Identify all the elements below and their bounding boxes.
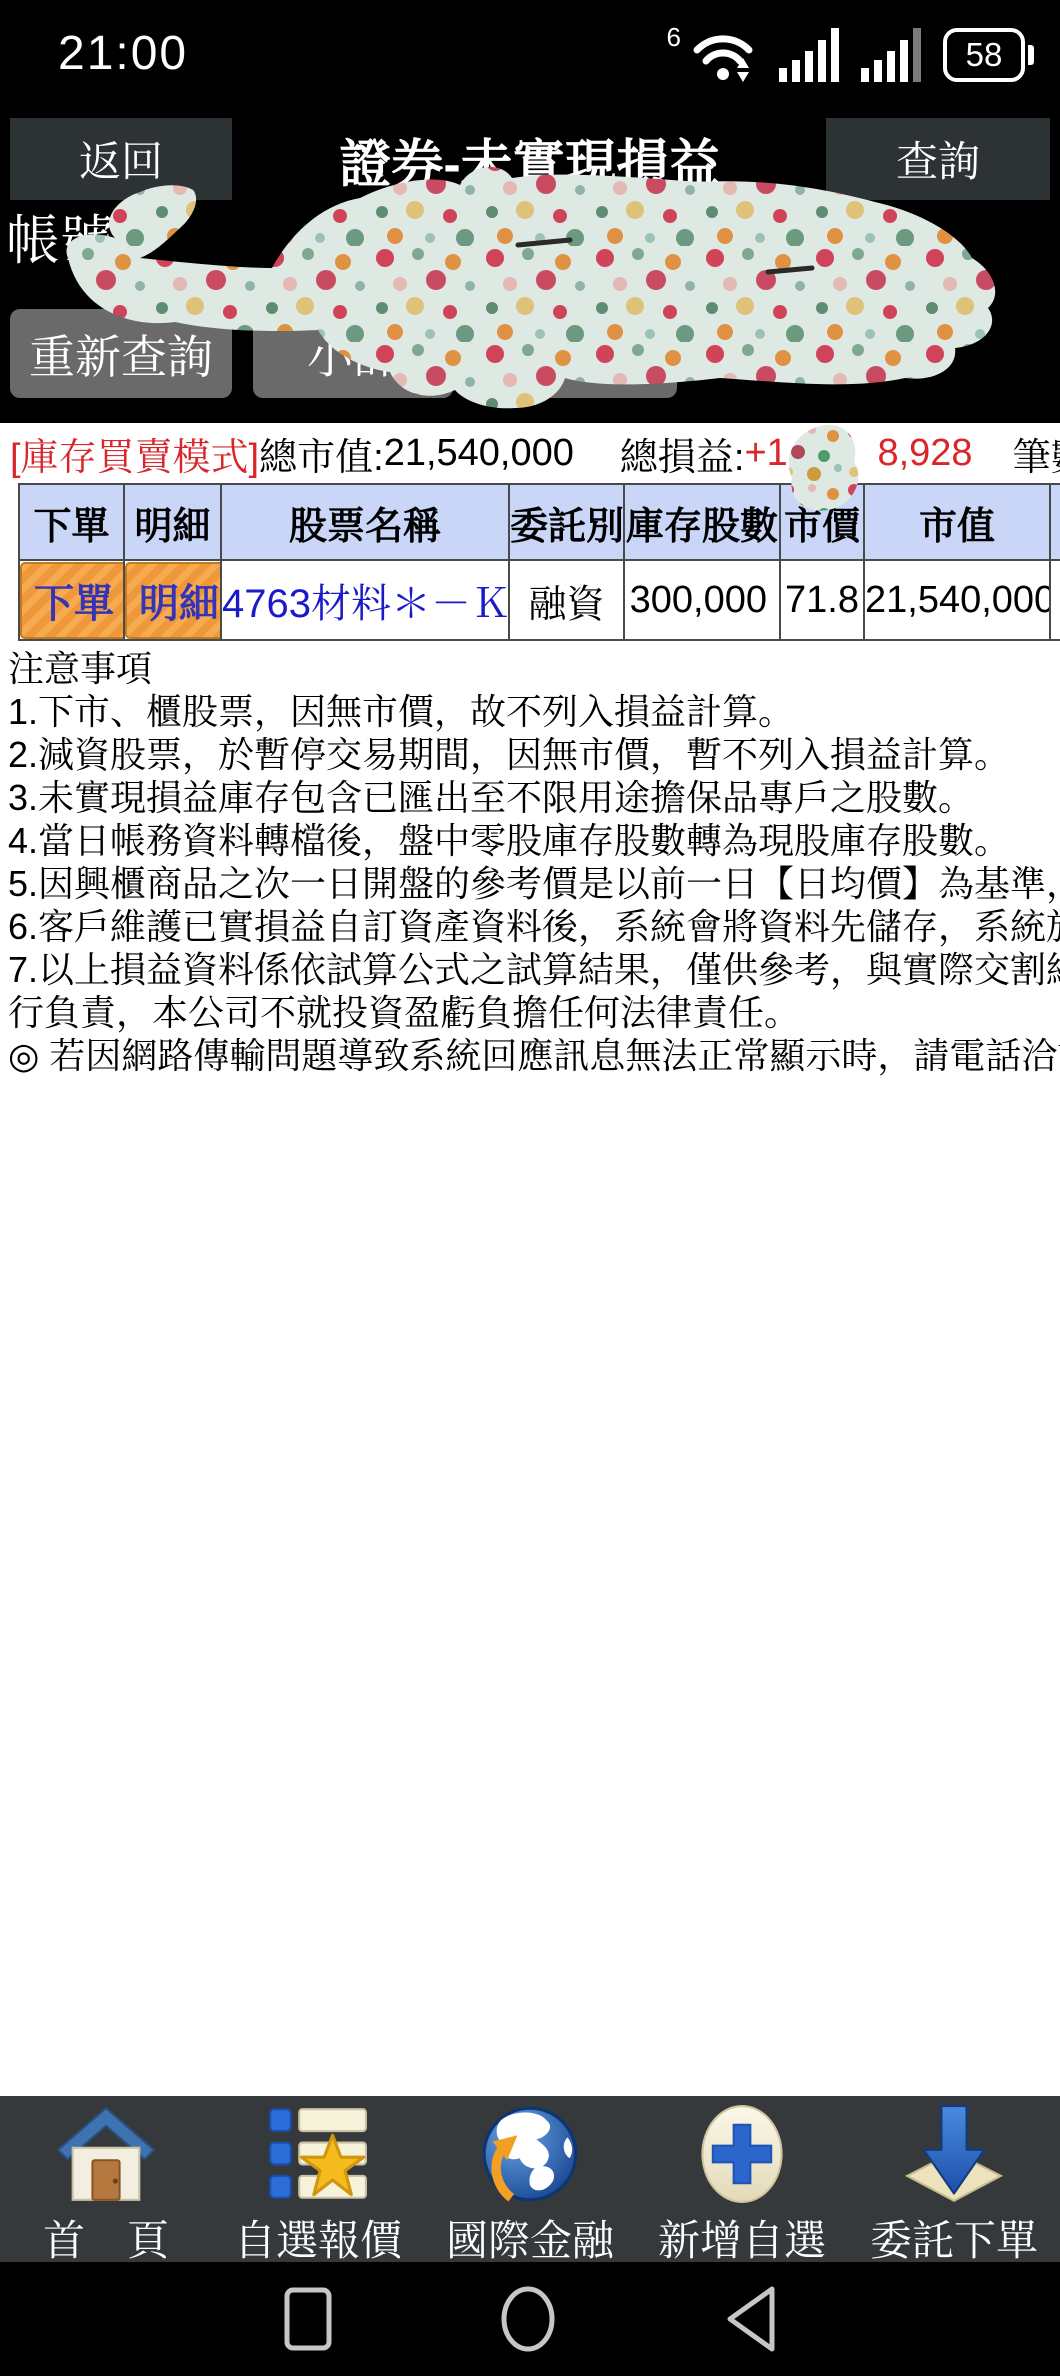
col-shares: 庫存股數 xyxy=(624,484,780,560)
wifi-icon xyxy=(693,24,759,82)
nav-item-international-finance[interactable]: 國際金融 xyxy=(424,2096,636,2262)
notes-title: 注意事項 xyxy=(8,647,1060,690)
total-value: 21,540,000 xyxy=(384,432,574,475)
pl-cell xyxy=(1050,560,1060,640)
note-line: 5.因興櫃商品之次一日開盤的參考價是以前一日【日均價】為基準，故興櫃 xyxy=(8,862,1060,905)
col-price: 市價 xyxy=(780,484,864,560)
col-value: 市值 xyxy=(864,484,1050,560)
query-button[interactable]: 查詢 xyxy=(826,118,1050,200)
holdings-table: 下單 明細 股票名稱 委託別 庫存股數 市價 市值 損益 下單 明細 4763材… xyxy=(18,483,1060,641)
total-value-label: 總市值: xyxy=(259,426,384,481)
note-line: 4.當日帳務資料轉檔後，盤中零股庫存股數轉為現股庫存股數。 xyxy=(8,819,1060,862)
total-pl-suffix: 8,928 xyxy=(877,432,972,475)
nav-label: 國際金融 xyxy=(446,2208,614,2268)
back-button[interactable] xyxy=(724,2285,776,2353)
note-line: 7.以上損益資料係依試算公式之試算結果，僅供參考，與實際交割結果無關 xyxy=(8,948,1060,991)
col-order: 下單 xyxy=(19,484,124,560)
table-header-row: 下單 明細 股票名稱 委託別 庫存股數 市價 市值 損益 xyxy=(19,484,1060,560)
network-generation-label: 6 xyxy=(667,22,681,53)
nav-item-watchlist-quotes[interactable]: 自選報價 xyxy=(212,2096,424,2262)
order-download-icon xyxy=(904,2104,1004,2204)
value-cell: 21,540,000 xyxy=(864,560,1050,640)
battery-icon: 58 xyxy=(943,28,1034,82)
col-stock-name: 股票名稱 xyxy=(221,484,509,560)
note-line: 1.下市、櫃股票，因無市價，故不列入損益計算。 xyxy=(8,690,1060,733)
col-pl: 損益 xyxy=(1050,484,1060,560)
home-icon xyxy=(56,2104,156,2204)
action-buttons: 重新查詢 小計 說明 xyxy=(10,309,677,398)
help-button[interactable]: 說明 xyxy=(474,309,677,398)
nav-label: 自選報價 xyxy=(234,2208,402,2268)
android-nav-bar xyxy=(0,2262,1060,2376)
note-line: ◎ 若因網路傳輸問題導致系統回應訊息無法正常顯示時，請電話洽詢客服中 xyxy=(8,1034,1060,1077)
note-line: 3.未實現損益庫存包含已匯出至不限用途擔保品專戶之股數。 xyxy=(8,776,1060,819)
signal-strength-sim2-icon xyxy=(861,28,923,82)
nav-label: 委託下單 xyxy=(870,2208,1038,2268)
top-section: 21:00 6 xyxy=(0,0,1060,423)
shares-cell: 300,000 xyxy=(624,560,780,640)
trade-type-cell: 融資 xyxy=(509,560,624,640)
total-pl-label: 總損益: xyxy=(620,426,745,481)
summary-row: [庫存買賣模式]總市值:21,540,000 總損益:+1,88,928 筆數:… xyxy=(0,423,1060,483)
note-line: 行負責，本公司不就投資盈虧負擔任何法律責任。 xyxy=(8,991,1060,1034)
row-order-button[interactable]: 下單 xyxy=(20,562,124,639)
watchlist-icon xyxy=(268,2104,368,2204)
requery-button[interactable]: 重新查詢 xyxy=(10,309,232,398)
globe-icon xyxy=(480,2104,580,2204)
subtotal-button[interactable]: 小計 xyxy=(253,309,453,398)
col-trade-type: 委託別 xyxy=(509,484,624,560)
stock-name-link[interactable]: 4763材料＊－ＫＹ xyxy=(222,582,509,626)
signal-strength-icon xyxy=(779,28,841,82)
back-button[interactable]: 返回 xyxy=(10,118,232,200)
home-button[interactable] xyxy=(500,2285,556,2353)
nav-item-home[interactable]: 首 頁 xyxy=(0,2096,212,2262)
add-icon xyxy=(692,2104,792,2204)
account-label: 帳號 xyxy=(6,198,114,275)
mode-label: [庫存買賣模式] xyxy=(10,426,259,481)
total-pl-prefix: +1,8 xyxy=(744,432,819,475)
nav-label: 首 頁 xyxy=(43,2208,169,2268)
col-detail: 明細 xyxy=(124,484,221,560)
notes-section: 注意事項 1.下市、櫃股票，因無市價，故不列入損益計算。 2.減資股票，於暫停交… xyxy=(0,641,1060,1077)
count-label: 筆數: xyxy=(1013,426,1060,481)
clock: 21:00 xyxy=(58,26,188,81)
price-cell: 71.8 xyxy=(780,560,864,640)
app-header: 證券-未實現損益 返回 查詢 xyxy=(0,118,1060,200)
recents-button[interactable] xyxy=(284,2287,332,2351)
bottom-nav: 首 頁 自選報價 國際金融 xyxy=(0,2096,1060,2262)
nav-item-add-watchlist[interactable]: 新增自選 xyxy=(636,2096,848,2262)
nav-item-place-order[interactable]: 委託下單 xyxy=(848,2096,1060,2262)
battery-percent: 58 xyxy=(966,36,1003,74)
row-detail-button[interactable]: 明細 xyxy=(125,562,221,639)
note-line: 6.客戶維護已實損益自訂資產資料後，系統會將資料先儲存，系統於當日結 xyxy=(8,905,1060,948)
table-row: 下單 明細 4763材料＊－ＫＹ 融資 300,000 71.8 21,540,… xyxy=(19,560,1060,640)
status-bar: 21:00 6 xyxy=(0,18,1060,88)
nav-label: 新增自選 xyxy=(658,2208,826,2268)
note-line: 2.減資股票，於暫停交易期間，因無市價，暫不列入損益計算。 xyxy=(8,733,1060,776)
